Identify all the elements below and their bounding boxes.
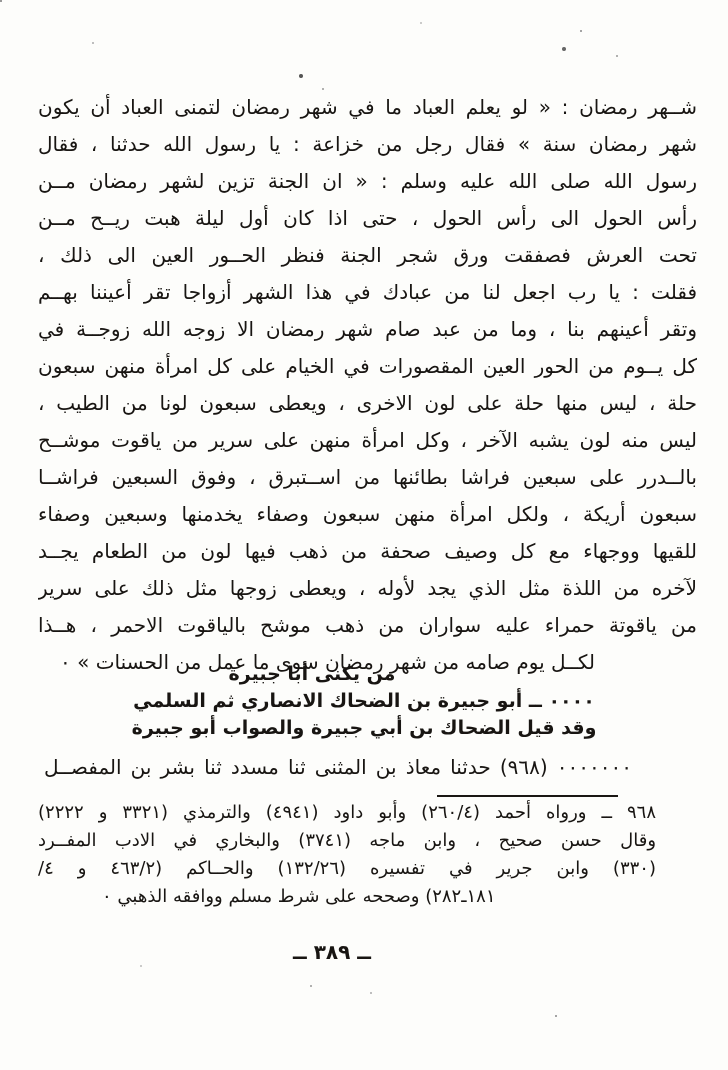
body-line: للقيها ووجهاء مع كل وصيف صحفة من ذهب فيه… bbox=[38, 533, 697, 570]
body-line: فقلت : يا رب اجعل لنا من عبادك في هذا ال… bbox=[38, 274, 697, 311]
body-line: كل يــوم من الحور العين المقصورات في الخ… bbox=[38, 348, 697, 385]
body-line: سبعون أريكة ، ولكل امرأة منهن سبعون وصفا… bbox=[38, 496, 697, 533]
footnote-block: ٩٦٨ ــ ورواه أحمد (٢٦٠/٤) وأبو داود (٤٩٤… bbox=[38, 799, 656, 911]
heading-line-chapter-title: من يكنى أبا جبيرة bbox=[0, 661, 676, 688]
heading-line-narrator-note: وقد قيل الضحاك بن أبي جبيرة والصواب أبو … bbox=[0, 715, 728, 742]
body-line: حلة ، ليس منها حلة على لون الاخرى ، ويعط… bbox=[38, 385, 697, 422]
body-line: شــهر رمضان : « لو يعلم العباد ما في شهر… bbox=[38, 89, 697, 126]
section-heading: من يكنى أبا جبيرة ٠٠٠٠ ــ أبو جبيرة بن ا… bbox=[0, 661, 728, 742]
heading-line-narrator-name: ٠٠٠٠ ــ أبو جبيرة بن الضحاك الانصاري ثم … bbox=[0, 688, 728, 715]
footnote-line: وقال حسن صحيح ، وابن ماجه (٣٧٤١) والبخار… bbox=[38, 827, 656, 855]
body-line: شهر رمضان سنة » فقال رجل من خزاعة : يا ر… bbox=[38, 126, 697, 163]
body-line: رأس الحول الى رأس الحول ، حتى اذا كان أو… bbox=[38, 200, 697, 237]
body-line: بالــدرر على سبعين فراشا بطائنها من اســ… bbox=[38, 459, 697, 496]
hadith-body-text: شــهر رمضان : « لو يعلم العباد ما في شهر… bbox=[38, 89, 697, 681]
footnote-line-last: ١٨١ـ٢٨٢) وصححه على شرط مسلم ووافقه الذهب… bbox=[38, 883, 656, 911]
hadith-entry-968-line: ٠٠٠٠٠٠٠ (٩٦٨) حدثنا معاذ بن المثنى ثنا م… bbox=[44, 752, 632, 782]
body-line: لآخره من اللذة مثل الذي يجد لأوله ، ويعط… bbox=[38, 570, 697, 607]
footnote-separator-rule bbox=[437, 795, 618, 797]
scan-noise-specks bbox=[0, 0, 2, 2]
footnote-line: (٣٣٠) وابن جرير في تفسيره (١٣٢/٢٦) والحـ… bbox=[38, 855, 656, 883]
body-line: رسول الله صلى الله عليه وسلم : « ان الجن… bbox=[38, 163, 697, 200]
body-line: وتقر أعينهم بنا ، وما من عبد صام شهر رمض… bbox=[38, 311, 697, 348]
scanned-book-page: شــهر رمضان : « لو يعلم العباد ما في شهر… bbox=[0, 0, 728, 1070]
body-line: ليس منه لون يشبه الآخر ، وكل امرأة منهن … bbox=[38, 422, 697, 459]
body-line: تحت العرش فصفقت ورق شجر الجنة فنظر الحــ… bbox=[38, 237, 697, 274]
page-number: ــ ٣٨٩ ــ bbox=[0, 940, 664, 964]
body-line: من ياقوتة حمراء عليه سواران من ذهب موشح … bbox=[38, 607, 697, 644]
footnote-line: ٩٦٨ ــ ورواه أحمد (٢٦٠/٤) وأبو داود (٤٩٤… bbox=[38, 799, 656, 827]
